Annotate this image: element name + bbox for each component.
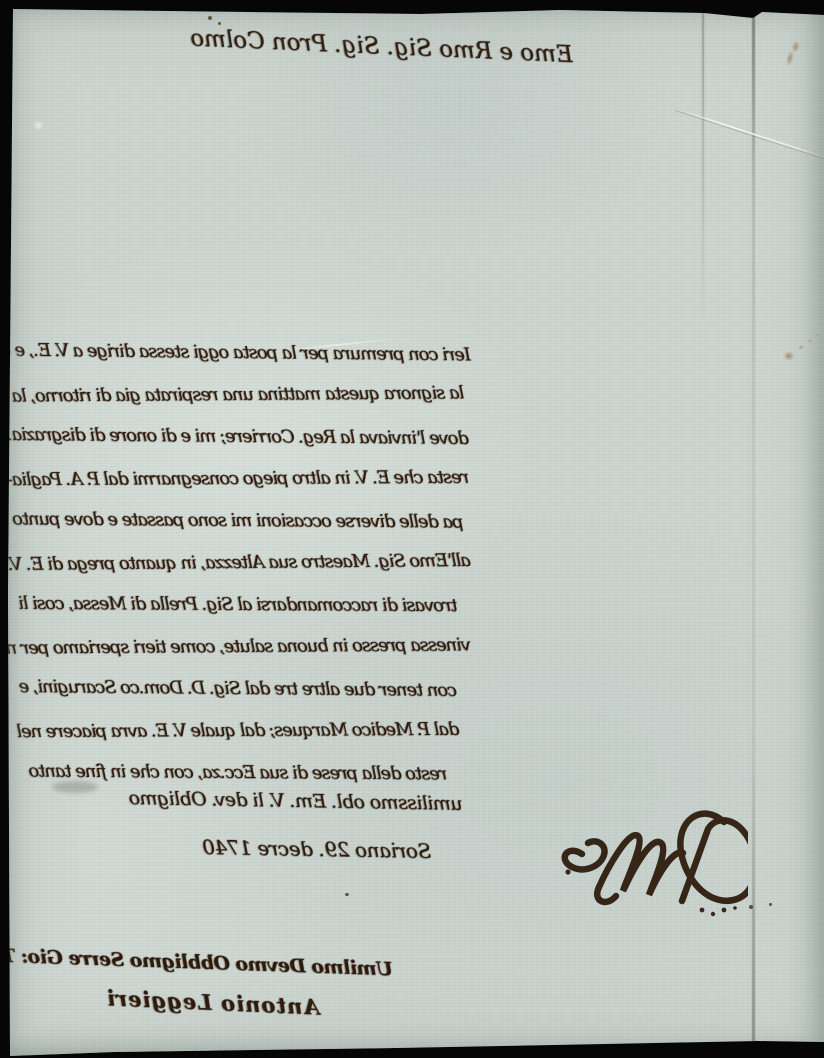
fox-stain bbox=[779, 36, 804, 71]
body-line: con tener due altre tre dal Sig. D. Dom.… bbox=[6, 676, 471, 701]
body-line: trovasi di raccomandarsi al Sig. Prella … bbox=[6, 593, 471, 616]
salutation-line: Emo e Rmo Sig. Sig. Pron Colmo bbox=[198, 26, 574, 68]
diagonal-crease bbox=[676, 108, 824, 158]
date-line: Soriano 29. decre 1740 bbox=[183, 835, 451, 864]
ink-speck bbox=[345, 893, 349, 896]
body-line: vinessa presso in buona salute, come tie… bbox=[6, 634, 471, 658]
body-line: all'Emo Sig. Maestro sua Altezza, in qua… bbox=[6, 550, 471, 575]
paper-edge-vignette bbox=[0, 0, 824, 1058]
closing-line: umilissmo obl. Em. V. li dev. Obligmo bbox=[112, 787, 480, 815]
ink-speck bbox=[769, 903, 772, 906]
folded-leaf-strip bbox=[757, 12, 824, 1044]
faint-diagonal-crease bbox=[272, 337, 401, 352]
manuscript-photo-canvas: Emo e Rmo Sig. Sig. Pron Colmo Ieri con … bbox=[0, 0, 824, 1058]
letter-paper: Emo e Rmo Sig. Sig. Pron Colmo Ieri con … bbox=[0, 0, 824, 1058]
ink-speck bbox=[208, 16, 212, 20]
ink-splash-stain bbox=[780, 328, 824, 368]
address-line: Umilmo Devmo Obbligmo Serre Gio: Tullio bbox=[25, 946, 394, 981]
body-line: dove l'inviava la Reg. Corriere; mi e di… bbox=[6, 424, 471, 449]
ink-speck bbox=[218, 22, 221, 25]
address-line: Antonio Leggieri bbox=[92, 985, 335, 1021]
body-line: resta che E. V. in altro piego consegnar… bbox=[6, 467, 471, 490]
upper-fold-crease bbox=[702, 11, 704, 321]
body-line: pa delle diverse occasioni mi sono passa… bbox=[6, 508, 471, 532]
gray-smudge bbox=[52, 781, 98, 793]
paper-texture bbox=[0, 0, 824, 1058]
body-line: dal P. Medico Marques; dal quale V. E. a… bbox=[6, 719, 471, 742]
light-paper-spot bbox=[33, 120, 44, 131]
signature-monogram bbox=[552, 798, 748, 924]
vertical-fold-crease bbox=[752, 12, 755, 1044]
body-line: Ieri con premura per la posta oggi stess… bbox=[6, 340, 471, 366]
ink-speck bbox=[749, 905, 753, 909]
body-line: la signora questa mattina una respirata … bbox=[6, 382, 471, 406]
